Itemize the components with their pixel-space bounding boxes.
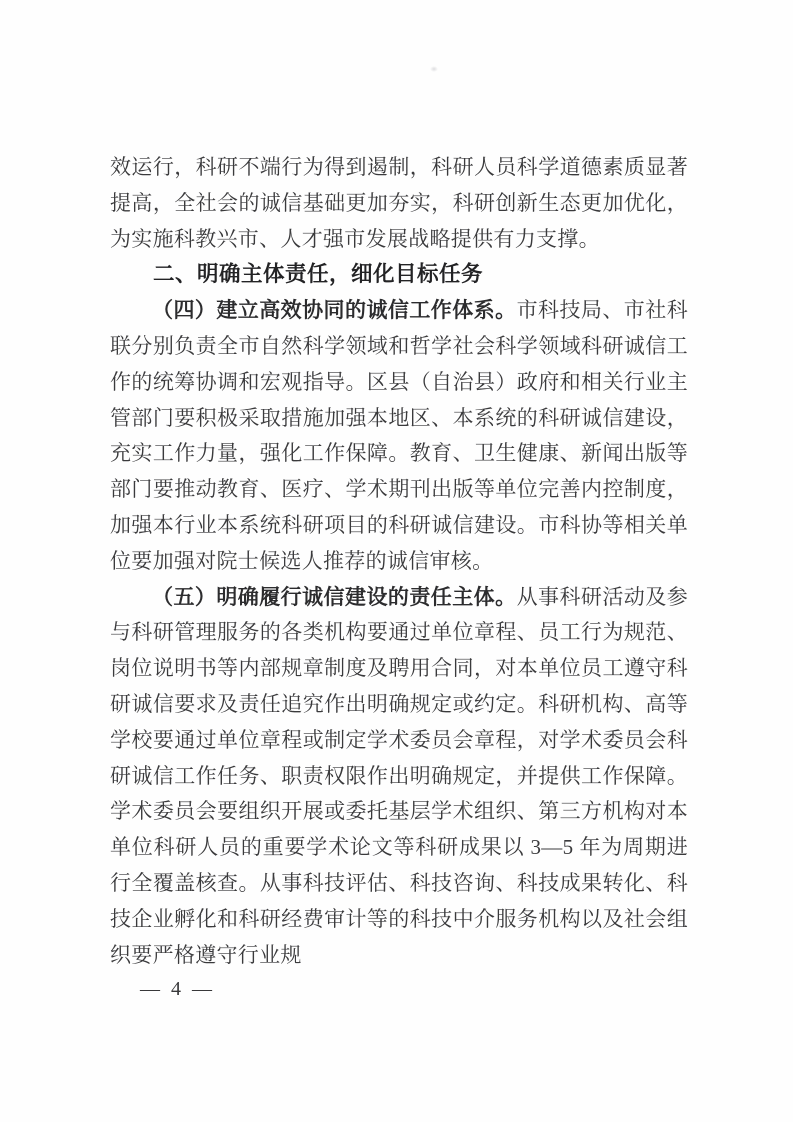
paragraph-item-4-body: 市科技局、市社科联分别负责全市自然科学领域和哲学社会科学领域科研诚信工作的统筹协… (110, 298, 688, 573)
paragraph-item-5-body: 从事科研活动及参与科研管理服务的各类机构要通过单位章程、员工行为规范、岗位说明书… (110, 585, 688, 967)
document-body: 效运行，科研不端行为得到遏制，科研人员科学道德素质显著提高，全社会的诚信基础更加… (110, 150, 688, 973)
paragraph-item-4: （四）建立高效协同的诚信工作体系。市科技局、市社科联分别负责全市自然科学领域和哲… (110, 293, 688, 579)
paragraph-item-5: （五）明确履行诚信建设的责任主体。从事科研活动及参与科研管理服务的各类机构要通过… (110, 580, 688, 974)
page-number: — 4 — (140, 978, 215, 1001)
paragraph-item-4-lead: （四）建立高效协同的诚信工作体系。 (152, 298, 517, 322)
document-page: 效运行，科研不端行为得到遏制，科研人员科学道德素质显著提高，全社会的诚信基础更加… (0, 0, 793, 1122)
scan-artifact (430, 66, 438, 72)
paragraph-continuation: 效运行，科研不端行为得到遏制，科研人员科学道德素质显著提高，全社会的诚信基础更加… (110, 150, 688, 257)
section-heading: 二、明确主体责任，细化目标任务 (110, 257, 688, 293)
paragraph-item-5-lead: （五）明确履行诚信建设的责任主体。 (152, 585, 517, 609)
